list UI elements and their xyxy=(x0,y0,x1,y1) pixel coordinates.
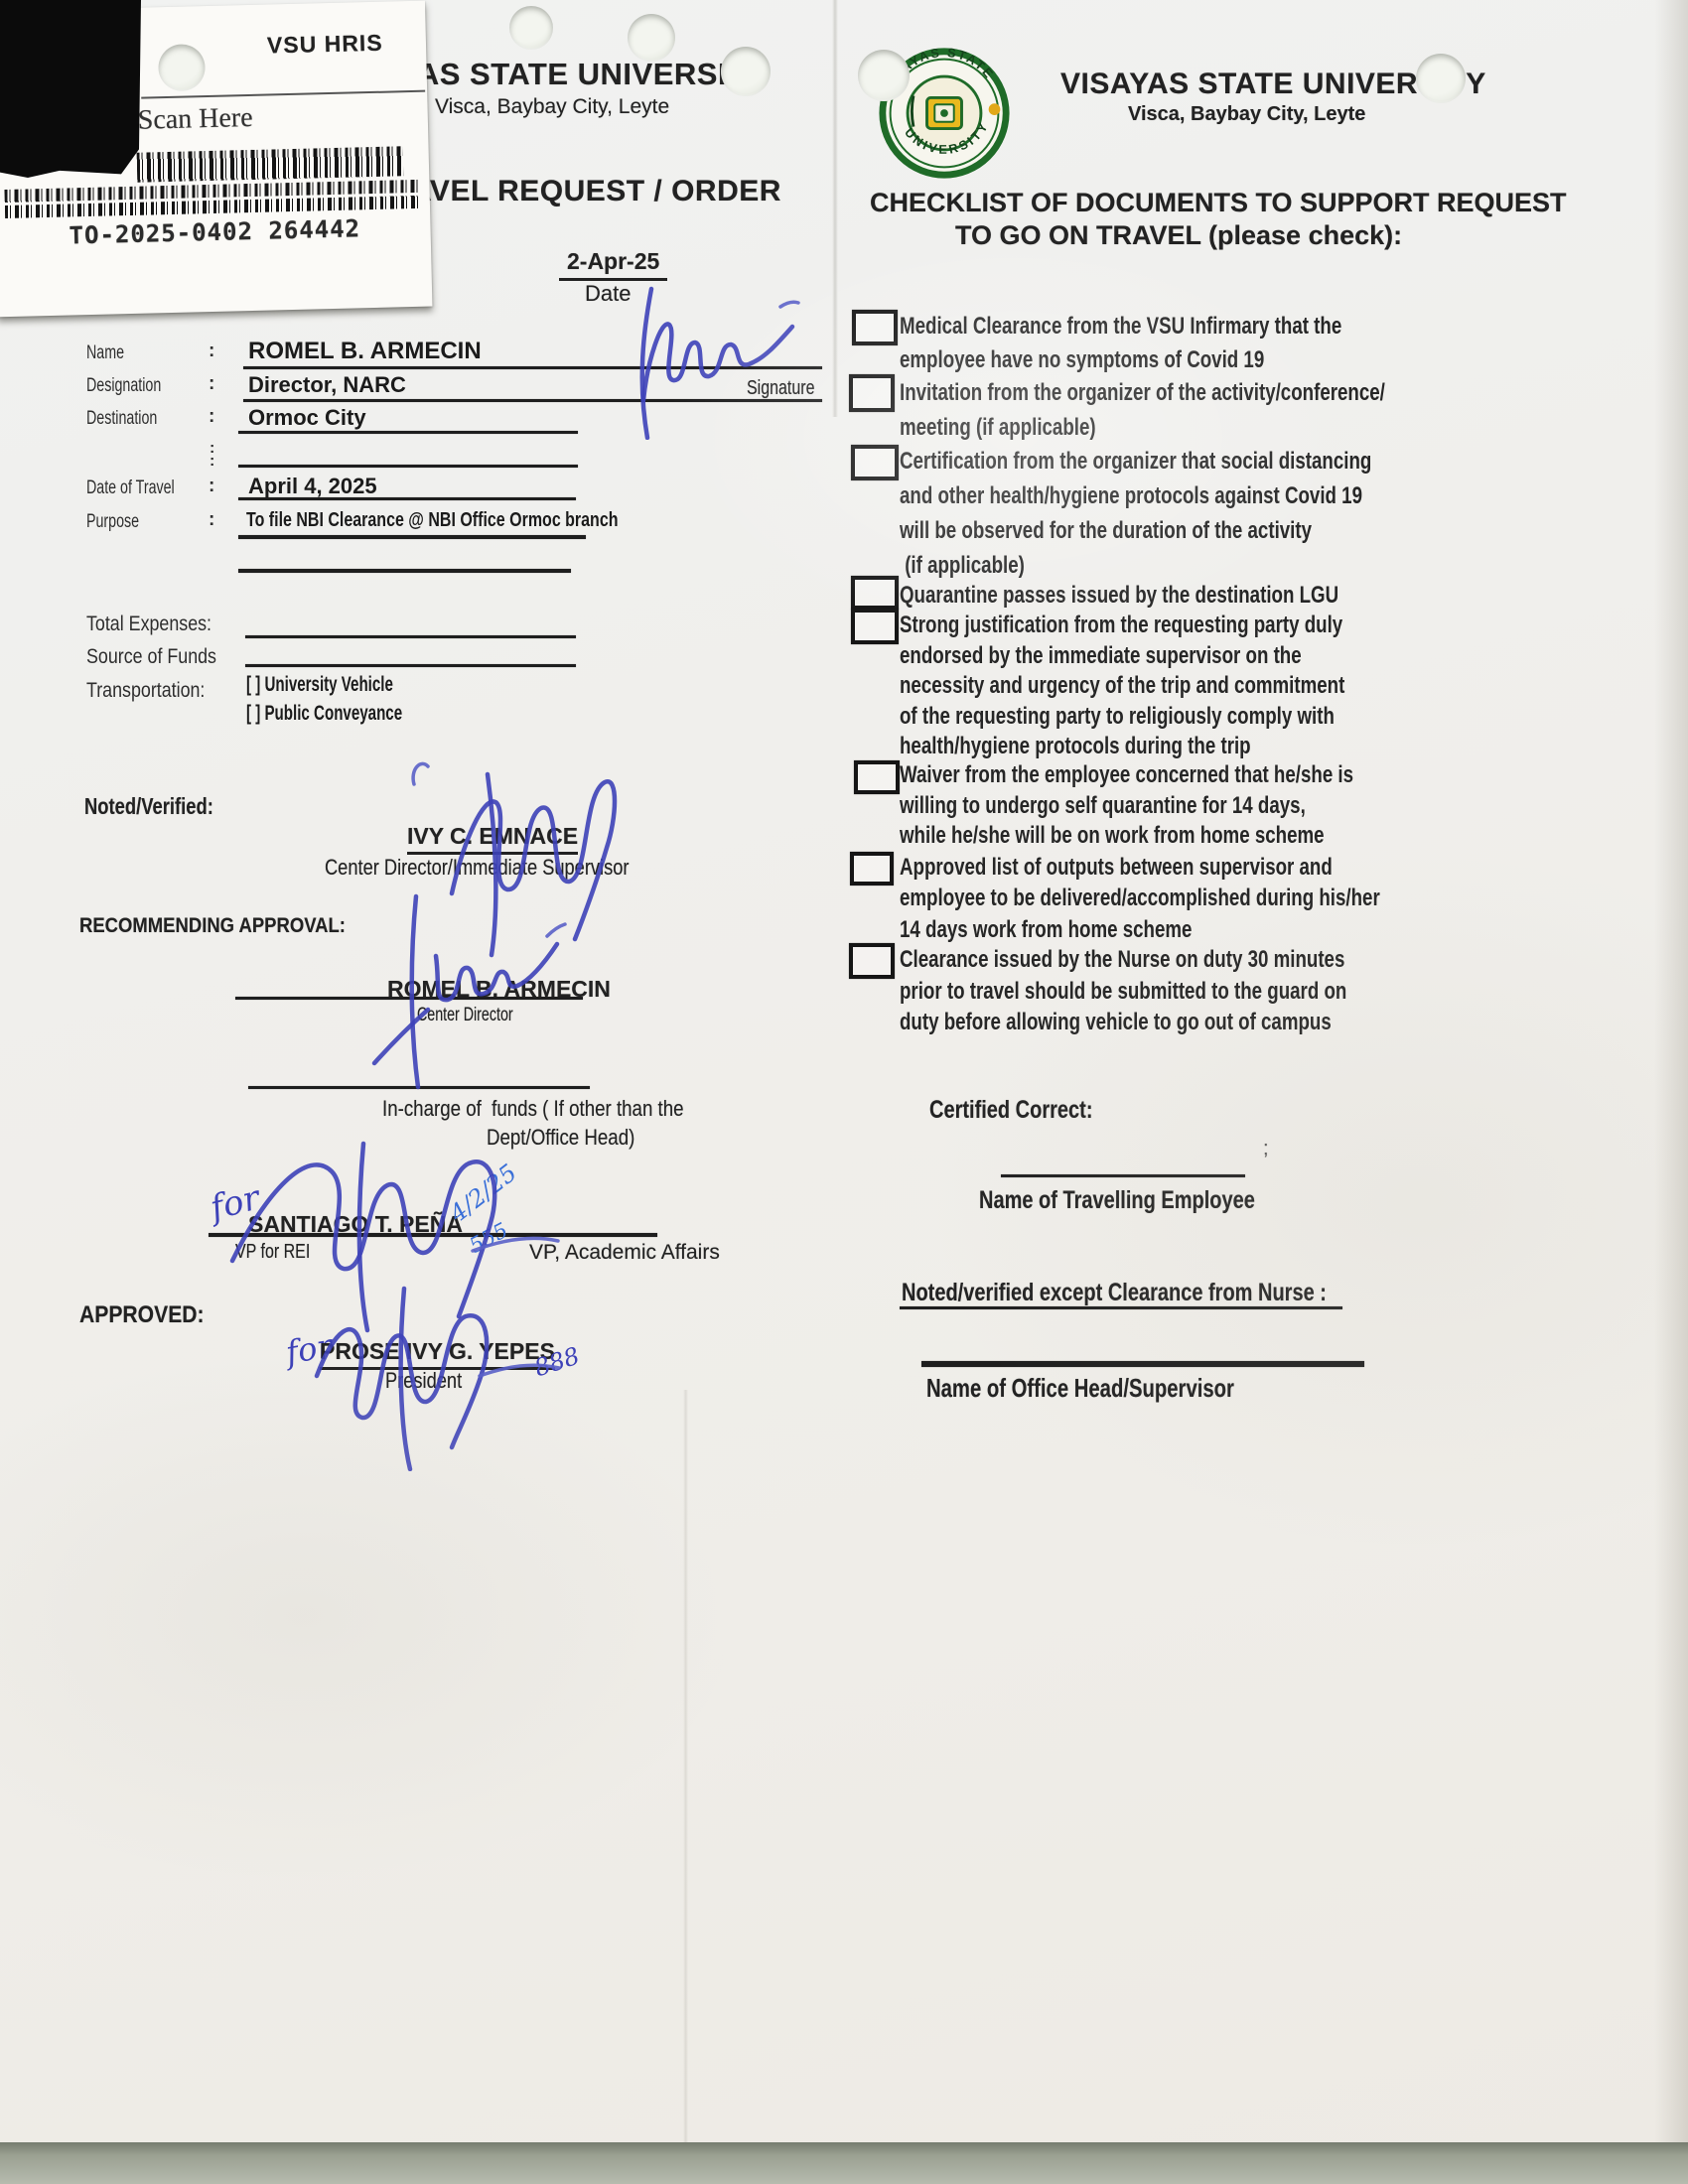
scanner-bed-strip xyxy=(0,2142,1688,2184)
transport-option-university-vehicle: [ ] University Vehicle xyxy=(246,673,393,697)
rule-line xyxy=(209,1233,657,1237)
paper-texture xyxy=(0,0,1688,2184)
source-of-funds-label: Source of Funds xyxy=(86,645,216,669)
noted-name: IVY C. EMNACE xyxy=(407,823,578,855)
vp-title-right: VP, Academic Affairs xyxy=(529,1241,720,1265)
noted-except-label: Noted/verified except Clearance from Nur… xyxy=(902,1279,1327,1307)
noted-title: Center Director/Immediate Supervisor xyxy=(325,855,629,881)
field-value-destination: Ormoc City xyxy=(248,405,366,431)
checkbox-item-1 xyxy=(852,310,898,345)
field-value-purpose: To file NBI Clearance @ NBI Office Ormoc… xyxy=(246,509,619,532)
checklist-line: willing to undergo self quarantine for 1… xyxy=(900,791,1353,822)
incharge-of-funds-caption2: Dept/Office Head) xyxy=(487,1125,634,1151)
checklist-title-line1: CHECKLIST OF DOCUMENTS TO SUPPORT REQUES… xyxy=(870,188,1567,218)
checklist-title-line2: TO GO ON TRAVEL (please check): xyxy=(955,220,1402,251)
handwritten-date-note: 4/2/25 xyxy=(445,1159,522,1228)
rule-line xyxy=(245,635,576,638)
checkbox-item-5 xyxy=(851,609,899,644)
checklist-line: necessity and urgency of the trip and co… xyxy=(900,671,1344,702)
checklist-line: employee have no symptoms of Covid 19 xyxy=(900,343,1341,377)
punch-hole xyxy=(858,50,910,101)
page-boundary-crease xyxy=(832,0,838,417)
checklist-line: 14 days work from home scheme xyxy=(900,914,1380,945)
office-head-label: Name of Office Head/Supervisor xyxy=(926,1373,1234,1404)
checkbox-item-6 xyxy=(854,760,900,794)
checkbox-item-3 xyxy=(851,445,899,480)
form-date-value: 2-Apr-25 xyxy=(559,248,667,281)
field-value-designation: Director, NARC xyxy=(248,372,406,398)
tracking-number: TO-2025-0402 264442 xyxy=(69,214,360,249)
punch-hole xyxy=(628,14,675,62)
checklist-line: while he/she will be on work from home s… xyxy=(900,821,1353,852)
rule-line xyxy=(245,664,576,667)
sticker-divider-line xyxy=(141,90,425,99)
checklist-line: health/hygiene protocols during the trip xyxy=(900,732,1344,762)
checkbox-item-4 xyxy=(851,576,899,610)
checklist-line: of the requesting party to religiously c… xyxy=(900,702,1344,733)
checkbox-item-8 xyxy=(849,943,895,979)
rule-line xyxy=(248,1086,590,1089)
checklist-line: Clearance issued by the Nurse on duty 30… xyxy=(900,944,1346,976)
rule-line-thick xyxy=(921,1361,1364,1367)
travel-form-title: TRAVEL REQUEST / ORDER xyxy=(369,175,781,208)
field-colon: : xyxy=(209,341,214,362)
checklist-line: employee to be delivered/accomplished du… xyxy=(900,883,1380,913)
rule-line xyxy=(238,431,578,434)
handwritten-initials: 555 xyxy=(466,1218,512,1258)
checklist-line: prior to travel should be submitted to t… xyxy=(900,976,1346,1008)
recommending-approval-label: RECOMMENDING APPROVAL: xyxy=(79,914,346,938)
rule-line xyxy=(238,535,586,539)
field-label-name: Name xyxy=(86,342,124,364)
field-label-designation: Designation xyxy=(86,375,161,397)
field-label-purpose: Purpose xyxy=(86,511,139,533)
checklist-item-1: Medical Clearance from the VSU Infirmary… xyxy=(900,310,1341,377)
transportation-label: Transportation: xyxy=(86,679,205,703)
punch-hole xyxy=(158,44,206,91)
blank-row-colon: : xyxy=(210,453,214,471)
checklist-item-6: Waiver from the employee concerned that … xyxy=(900,760,1353,852)
vp-title-left: VP for REI xyxy=(235,1241,310,1264)
president-title: President xyxy=(385,1368,462,1394)
stray-mark: ; xyxy=(1263,1138,1269,1160)
field-colon: : xyxy=(209,476,214,497)
checklist-item-2: Invitation from the organizer of the act… xyxy=(900,375,1385,445)
field-colon: : xyxy=(209,406,214,428)
checklist-item-8: Clearance issued by the Nurse on duty 30… xyxy=(900,944,1346,1038)
checklist-line: Medical Clearance from the VSU Infirmary… xyxy=(900,310,1341,343)
signature-label: Signature xyxy=(747,377,815,400)
rule-line xyxy=(238,569,571,573)
checklist-line: Approved list of outputs between supervi… xyxy=(900,852,1380,883)
field-value-date-of-travel: April 4, 2025 xyxy=(248,474,377,499)
checkbox-item-2 xyxy=(849,374,895,412)
checkbox-item-7 xyxy=(850,852,894,886)
redaction-mark xyxy=(0,0,141,178)
rule-line xyxy=(238,465,578,468)
page-right-edge-shadow xyxy=(1654,0,1688,2184)
signature-ink-employee xyxy=(614,281,812,440)
field-colon: : xyxy=(209,509,214,531)
noted-verified-label: Noted/Verified: xyxy=(84,793,213,820)
rule-line xyxy=(235,997,583,1000)
checklist-line: Quarantine passes issued by the destinat… xyxy=(900,580,1338,611)
scanned-travel-request-document: VISAYAS STATE UNIVERSITY Visca, Baybay C… xyxy=(0,0,1688,2184)
rule-line xyxy=(1001,1174,1245,1177)
punch-hole xyxy=(509,6,553,50)
checklist-line: Waiver from the employee concerned that … xyxy=(900,760,1353,791)
rule-line xyxy=(243,399,822,402)
travelling-employee-label: Name of Travelling Employee xyxy=(979,1186,1255,1215)
punch-hole xyxy=(1416,54,1466,103)
field-colon: : xyxy=(209,373,214,395)
field-value-name: ROMEL B. ARMECIN xyxy=(248,338,482,365)
transport-option-public-conveyance: [ ] Public Conveyance xyxy=(246,702,402,726)
left-university-address: Visca, Baybay City, Leyte xyxy=(435,95,669,119)
certified-correct-label: Certified Correct: xyxy=(929,1096,1092,1125)
right-university-address: Visca, Baybay City, Leyte xyxy=(1128,103,1365,126)
checklist-line: Certification from the organizer that so… xyxy=(900,444,1371,478)
recommending-title: Center Director xyxy=(417,1005,513,1026)
checklist-item-3: Certification from the organizer that so… xyxy=(900,444,1371,583)
checklist-line: endorsed by the immediate supervisor on … xyxy=(900,641,1344,672)
checklist-line: and other health/hygiene protocols again… xyxy=(900,478,1371,513)
president-name: PROSE IVY G. YEPES xyxy=(320,1338,555,1370)
total-expenses-label: Total Expenses: xyxy=(86,613,211,636)
sticker-system-label: VSU HRIS xyxy=(267,30,383,60)
checklist-item-7: Approved list of outputs between supervi… xyxy=(900,852,1380,945)
field-label-destination: Destination xyxy=(86,408,157,430)
checklist-line: Invitation from the organizer of the act… xyxy=(900,375,1385,410)
vertical-crease xyxy=(683,1390,688,2184)
rule-line xyxy=(243,366,822,369)
punch-hole xyxy=(721,47,771,96)
rule-line xyxy=(238,497,576,500)
checklist-line: will be observed for the duration of the… xyxy=(900,513,1371,548)
form-date-label: Date xyxy=(585,281,631,307)
checklist-line: meeting (if applicable) xyxy=(900,410,1385,445)
checklist-line: duty before allowing vehicle to go out o… xyxy=(900,1007,1346,1038)
sticker-scan-label: Scan Here xyxy=(137,102,253,137)
checklist-item-5: Strong justification from the requesting… xyxy=(900,611,1344,762)
field-label-date-of-travel: Date of Travel xyxy=(86,478,175,499)
incharge-of-funds-caption: In-charge of funds ( If other than the xyxy=(382,1096,684,1122)
checklist-line: Strong justification from the requesting… xyxy=(900,611,1344,641)
barcode xyxy=(137,146,404,183)
checklist-line: (if applicable) xyxy=(900,548,1371,583)
approved-label: APPROVED: xyxy=(79,1301,205,1329)
rule-line xyxy=(900,1306,1342,1309)
checklist-item-4: Quarantine passes issued by the destinat… xyxy=(900,580,1338,611)
